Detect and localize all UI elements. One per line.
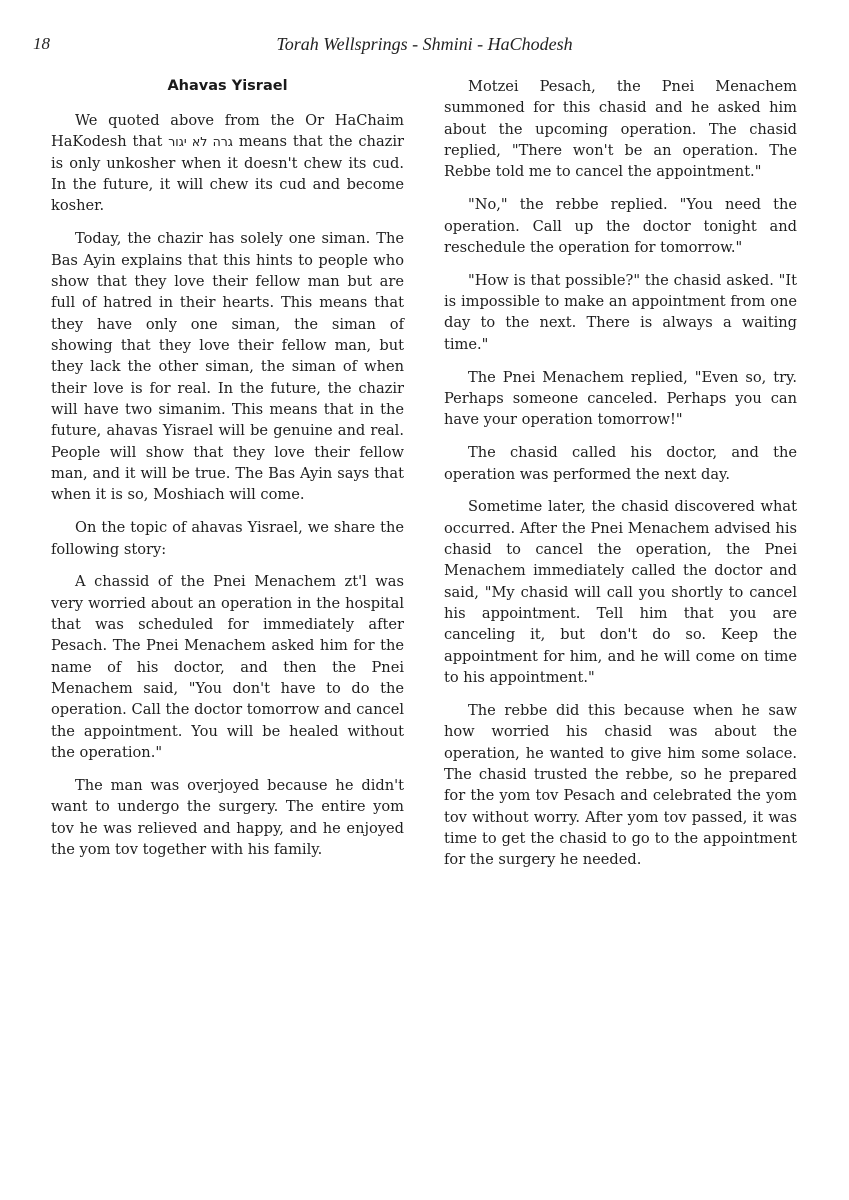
section-heading: Ahavas Yisrael [51, 76, 404, 96]
paragraph: "How is that possible?" the chasid asked… [444, 270, 797, 355]
paragraph: Today, the chazir has solely one siman. … [51, 228, 404, 505]
page-header: 18 Torah Wellsprings - Shmini - HaChodes… [0, 32, 849, 56]
paragraph: The man was overjoyed because he didn't … [51, 775, 404, 860]
paragraph: Motzei Pesach, the Pnei Menachem summone… [444, 76, 797, 183]
paragraph: Sometime later, the chasid discovered wh… [444, 496, 797, 688]
hebrew-quote: גרה לא יגור [168, 134, 233, 149]
paragraph: The chasid called his doctor, and the op… [444, 442, 797, 485]
running-title: Torah Wellsprings - Shmini - HaChodesh [0, 34, 849, 55]
paragraph: The rebbe did this because when he saw h… [444, 700, 797, 871]
paragraph: The Pnei Menachem replied, "Even so, try… [444, 367, 797, 431]
paragraph: "No," the rebbe replied. "You need the o… [444, 194, 797, 258]
left-column: Ahavas Yisrael We quoted above from the … [51, 76, 404, 872]
paragraph: We quoted above from the Or HaChaim HaKo… [51, 110, 404, 217]
right-column: Motzei Pesach, the Pnei Menachem summone… [444, 76, 797, 882]
paragraph: A chassid of the Pnei Menachem zt'l was … [51, 571, 404, 763]
paragraph: On the topic of ahavas Yisrael, we share… [51, 517, 404, 560]
